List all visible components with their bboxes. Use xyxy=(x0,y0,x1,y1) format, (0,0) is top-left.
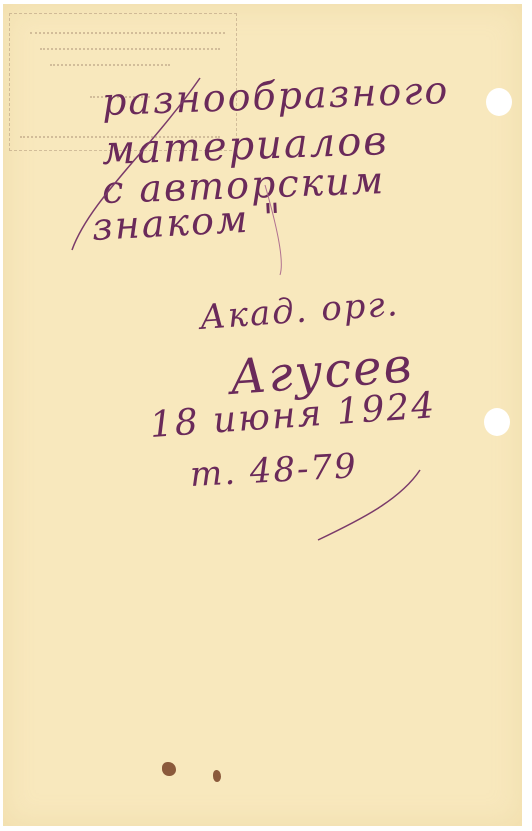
paper-stain xyxy=(213,770,221,782)
ink-strokes xyxy=(0,0,532,831)
paper-stain xyxy=(162,762,176,776)
